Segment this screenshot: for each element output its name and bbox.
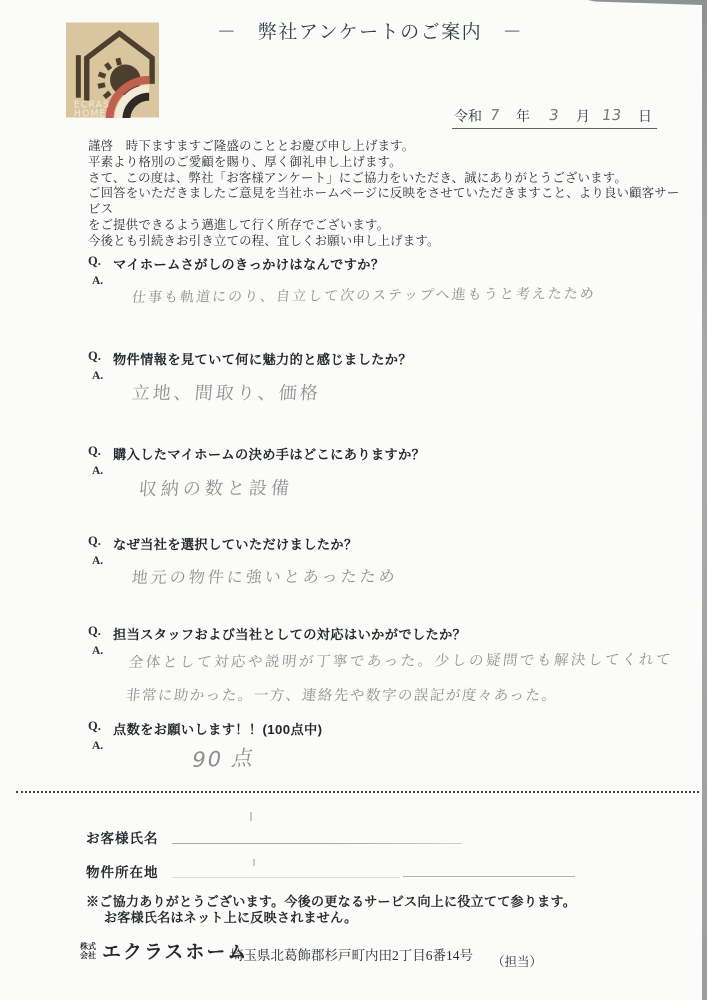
- a-mark: A.: [92, 740, 698, 752]
- scan-speck: [253, 859, 255, 866]
- q-mark: Q.: [88, 624, 113, 643]
- greeting-line: 平素より格別のご愛顧を賜り、厚く御礼申し上げます。: [88, 155, 688, 171]
- q-mark: Q.: [88, 254, 113, 273]
- field-underline-property-location: [172, 877, 400, 878]
- question-text: なぜ当社を選択していただけましたか？: [113, 534, 358, 553]
- company-prefix-line2: 会社: [80, 952, 96, 961]
- handwritten-answer: 収納の数と設備: [138, 474, 294, 501]
- greeting-line: さて、この度は、弊社「お客様アンケート」にご協力をいただき、誠にありがとうござい…: [88, 171, 688, 187]
- question-block-3: Q. 購入したマイホームの決め手はどこにありますか？ A. 収納の数と設備: [88, 444, 698, 477]
- q-mark: Q.: [88, 349, 113, 368]
- date-day-handwritten: 13: [601, 106, 623, 124]
- question-block-4: Q. なぜ当社を選択していただけましたか？ A. 地元の物件に強いとあったため: [88, 534, 698, 567]
- note-line-2: お客様氏名はネット上に反映されません。: [104, 907, 357, 926]
- question-text: マイホームさがしのきっかけはなんですか？: [113, 254, 384, 273]
- greeting-line: 今後とも引続きお引き立ての程、宜しくお願い申し上げます。: [88, 234, 688, 250]
- greeting-line: ご回答をいただきましたご意見を当社ホームページに反映をさせていただきますこと、よ…: [88, 186, 688, 218]
- q-mark: Q.: [88, 534, 113, 553]
- scan-edge-right: [702, 0, 707, 1000]
- question-text: 担当スタッフおよび当社としての対応はいかがでしたか？: [113, 624, 466, 643]
- scanned-survey-document: ECRAS HOME － 弊社アンケートのご案内 － 令和 7 年 3 月 13…: [0, 0, 707, 1000]
- question-text: 点数をお願いします！！(100点中): [113, 719, 322, 738]
- handwritten-answer: 仕事も軌道にのり、自立して次のステップへ進もうと考えたため: [131, 283, 597, 307]
- company-prefix: 株式 会社: [80, 943, 96, 960]
- handwritten-answer: 全体として対応や説明が丁寧であった。少しの疑問でも解決してくれて: [128, 648, 674, 672]
- date-line: 令和 7 年 3 月 13 日: [452, 103, 657, 129]
- scan-speck: [250, 812, 252, 821]
- question-block-5: Q. 担当スタッフおよび当社としての対応はいかがでしたか？ A. 全体として対応…: [88, 624, 698, 657]
- page-title: － 弊社アンケートのご案内 －: [150, 17, 590, 44]
- dotted-separator: [16, 791, 699, 793]
- field-underline-customer-name: [172, 843, 462, 844]
- greeting-line: 謹啓 時下ますますご隆盛のこととお慶び申し上げます。: [88, 139, 688, 155]
- handwritten-answer: 地元の物件に強いとあったため: [131, 564, 399, 588]
- field-label-customer-name: お客様氏名: [86, 827, 159, 847]
- greeting-paragraph: 謹啓 時下ますますご隆盛のこととお慶び申し上げます。 平素より格別のご愛顧を賜り…: [88, 139, 688, 250]
- question-text: 購入したマイホームの決め手はどこにありますか？: [113, 444, 425, 463]
- ecras-home-logo: ECRAS HOME: [66, 22, 159, 118]
- date-era-label: 令和: [454, 106, 482, 126]
- date-month-unit: 月: [576, 106, 590, 126]
- date-month-handwritten: 3: [548, 106, 560, 124]
- q-mark: Q.: [88, 444, 113, 463]
- field-underline-property-location-right: [403, 876, 575, 877]
- question-block-2: Q. 物件情報を見ていて何に魅力的と感じましたか？ A. 立地、間取り、価格: [88, 349, 698, 382]
- date-day-unit: 日: [638, 106, 652, 126]
- handwritten-answer: 非常に助かった。一方、連絡先や数字の誤記が度々あった。: [125, 684, 559, 705]
- handwritten-answer: 立地、間取り、価格: [131, 379, 322, 405]
- date-year-handwritten: 7: [489, 106, 501, 124]
- date-year-unit: 年: [516, 106, 530, 126]
- q-mark: Q.: [88, 719, 113, 738]
- question-text: 物件情報を見ていて何に魅力的と感じましたか？: [113, 349, 412, 368]
- scan-edge-top-corner: [588, 0, 702, 5]
- contact-person-label: （担当）: [492, 952, 542, 970]
- company-address: 埼玉県北葛飾郡杉戸町内田2丁目6番14号: [230, 944, 473, 964]
- company-name: エクラスホーム: [102, 937, 248, 964]
- logo-left-bar: [76, 55, 81, 98]
- question-block-1: Q. マイホームさがしのきっかけはなんですか？ A. 仕事も軌道にのり、自立して…: [88, 254, 698, 287]
- greeting-line: をご提供できるよう邁進して行く所存でございます。: [88, 218, 688, 234]
- field-label-property-location: 物件所在地: [86, 861, 159, 881]
- question-block-6: Q. 点数をお願いします！！(100点中) A. 90 点: [88, 719, 698, 752]
- handwritten-score: 90 点: [190, 742, 258, 774]
- logo-text-line2: HOME: [74, 109, 106, 119]
